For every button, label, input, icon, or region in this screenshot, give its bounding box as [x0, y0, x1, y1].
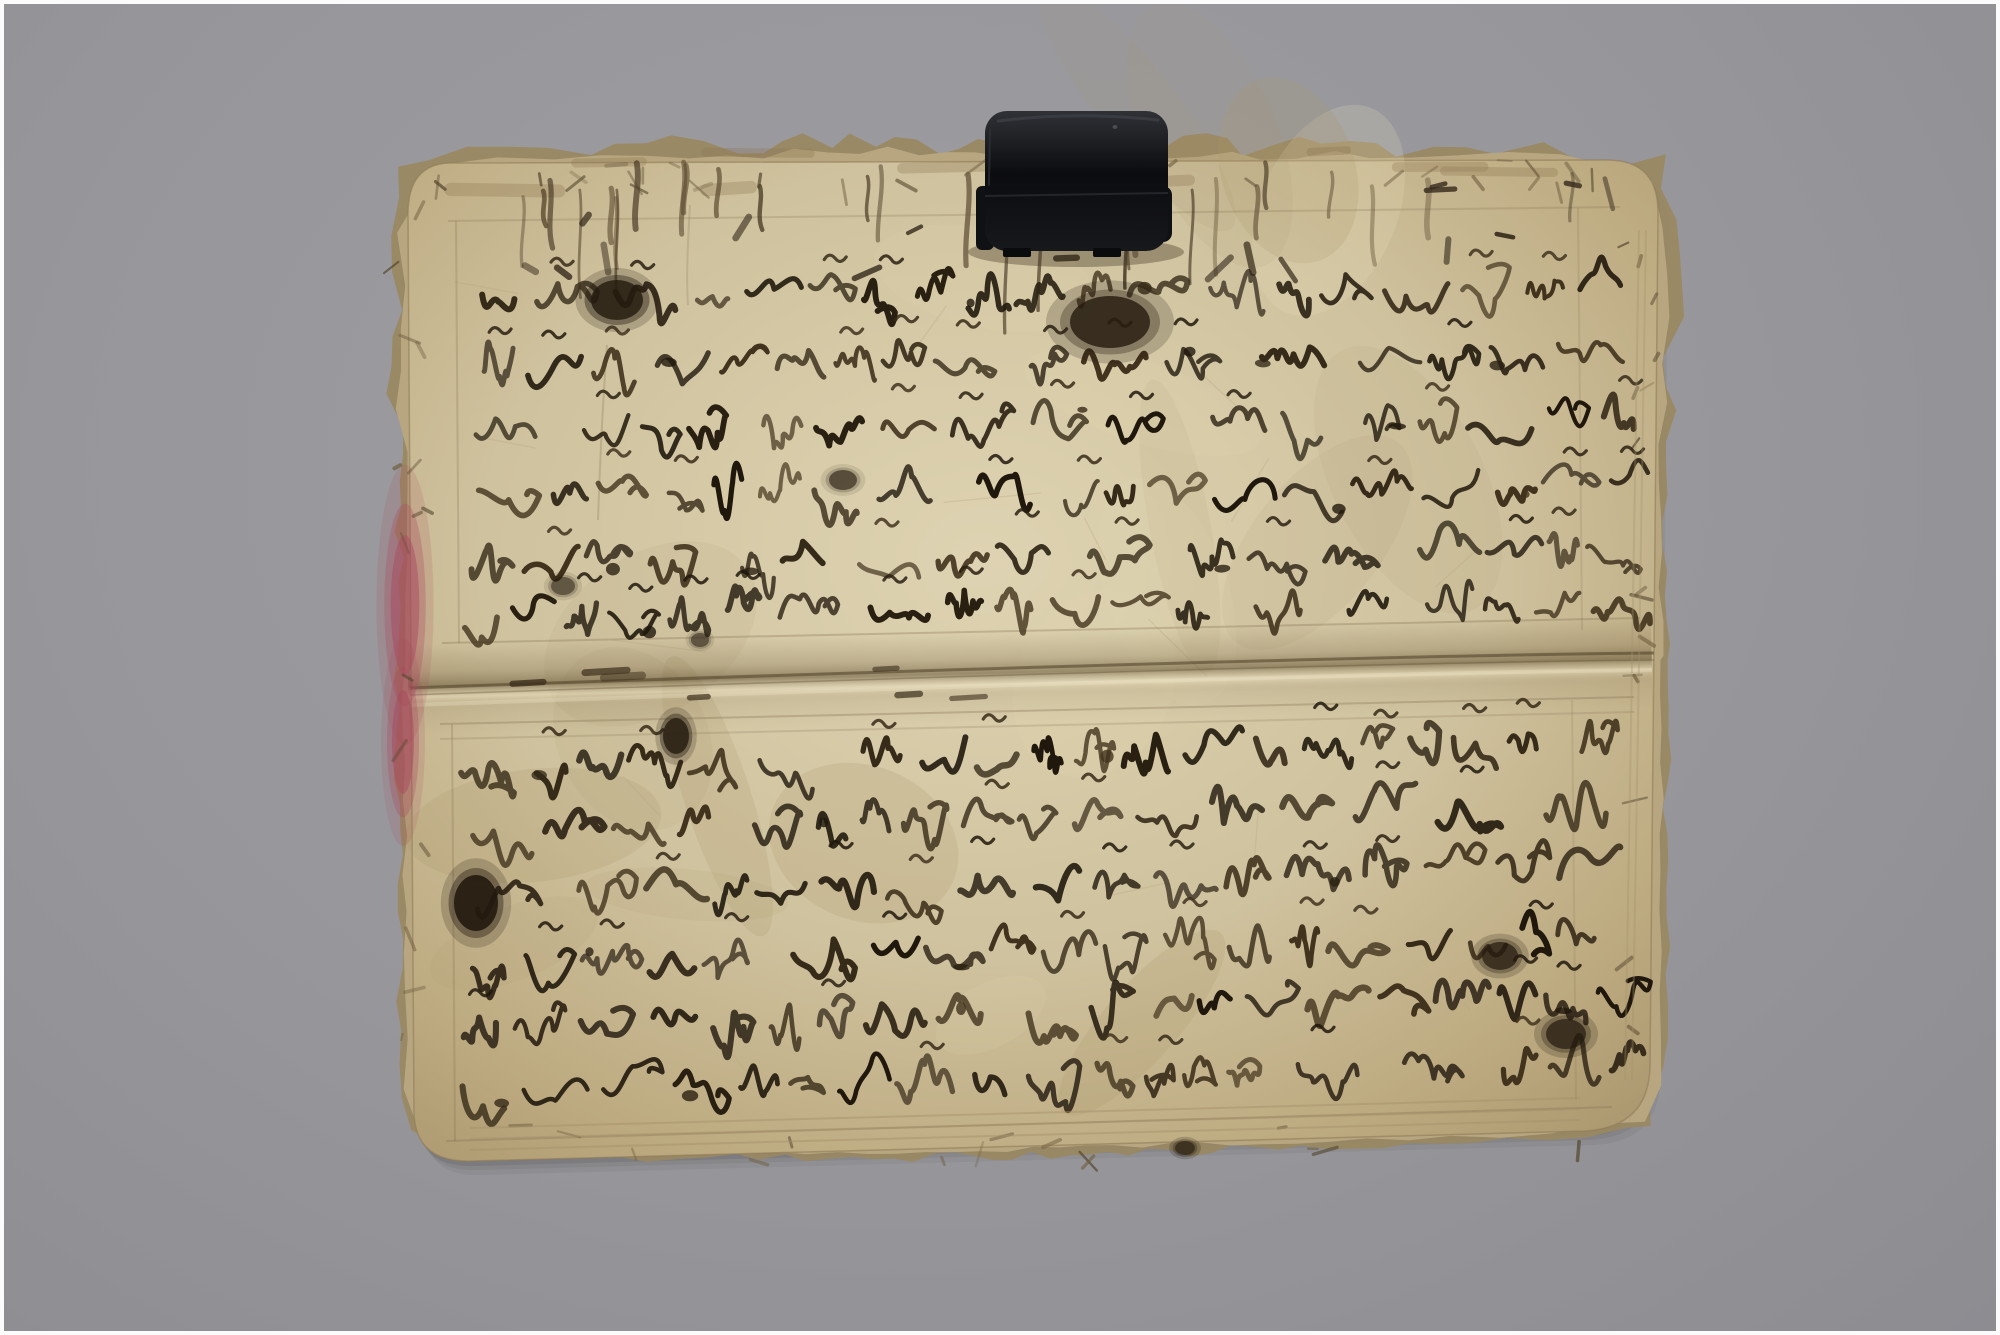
- photo-frame: [0, 0, 2000, 1335]
- manuscript-scene: [0, 0, 2000, 1335]
- binder-clip: [968, 111, 1184, 267]
